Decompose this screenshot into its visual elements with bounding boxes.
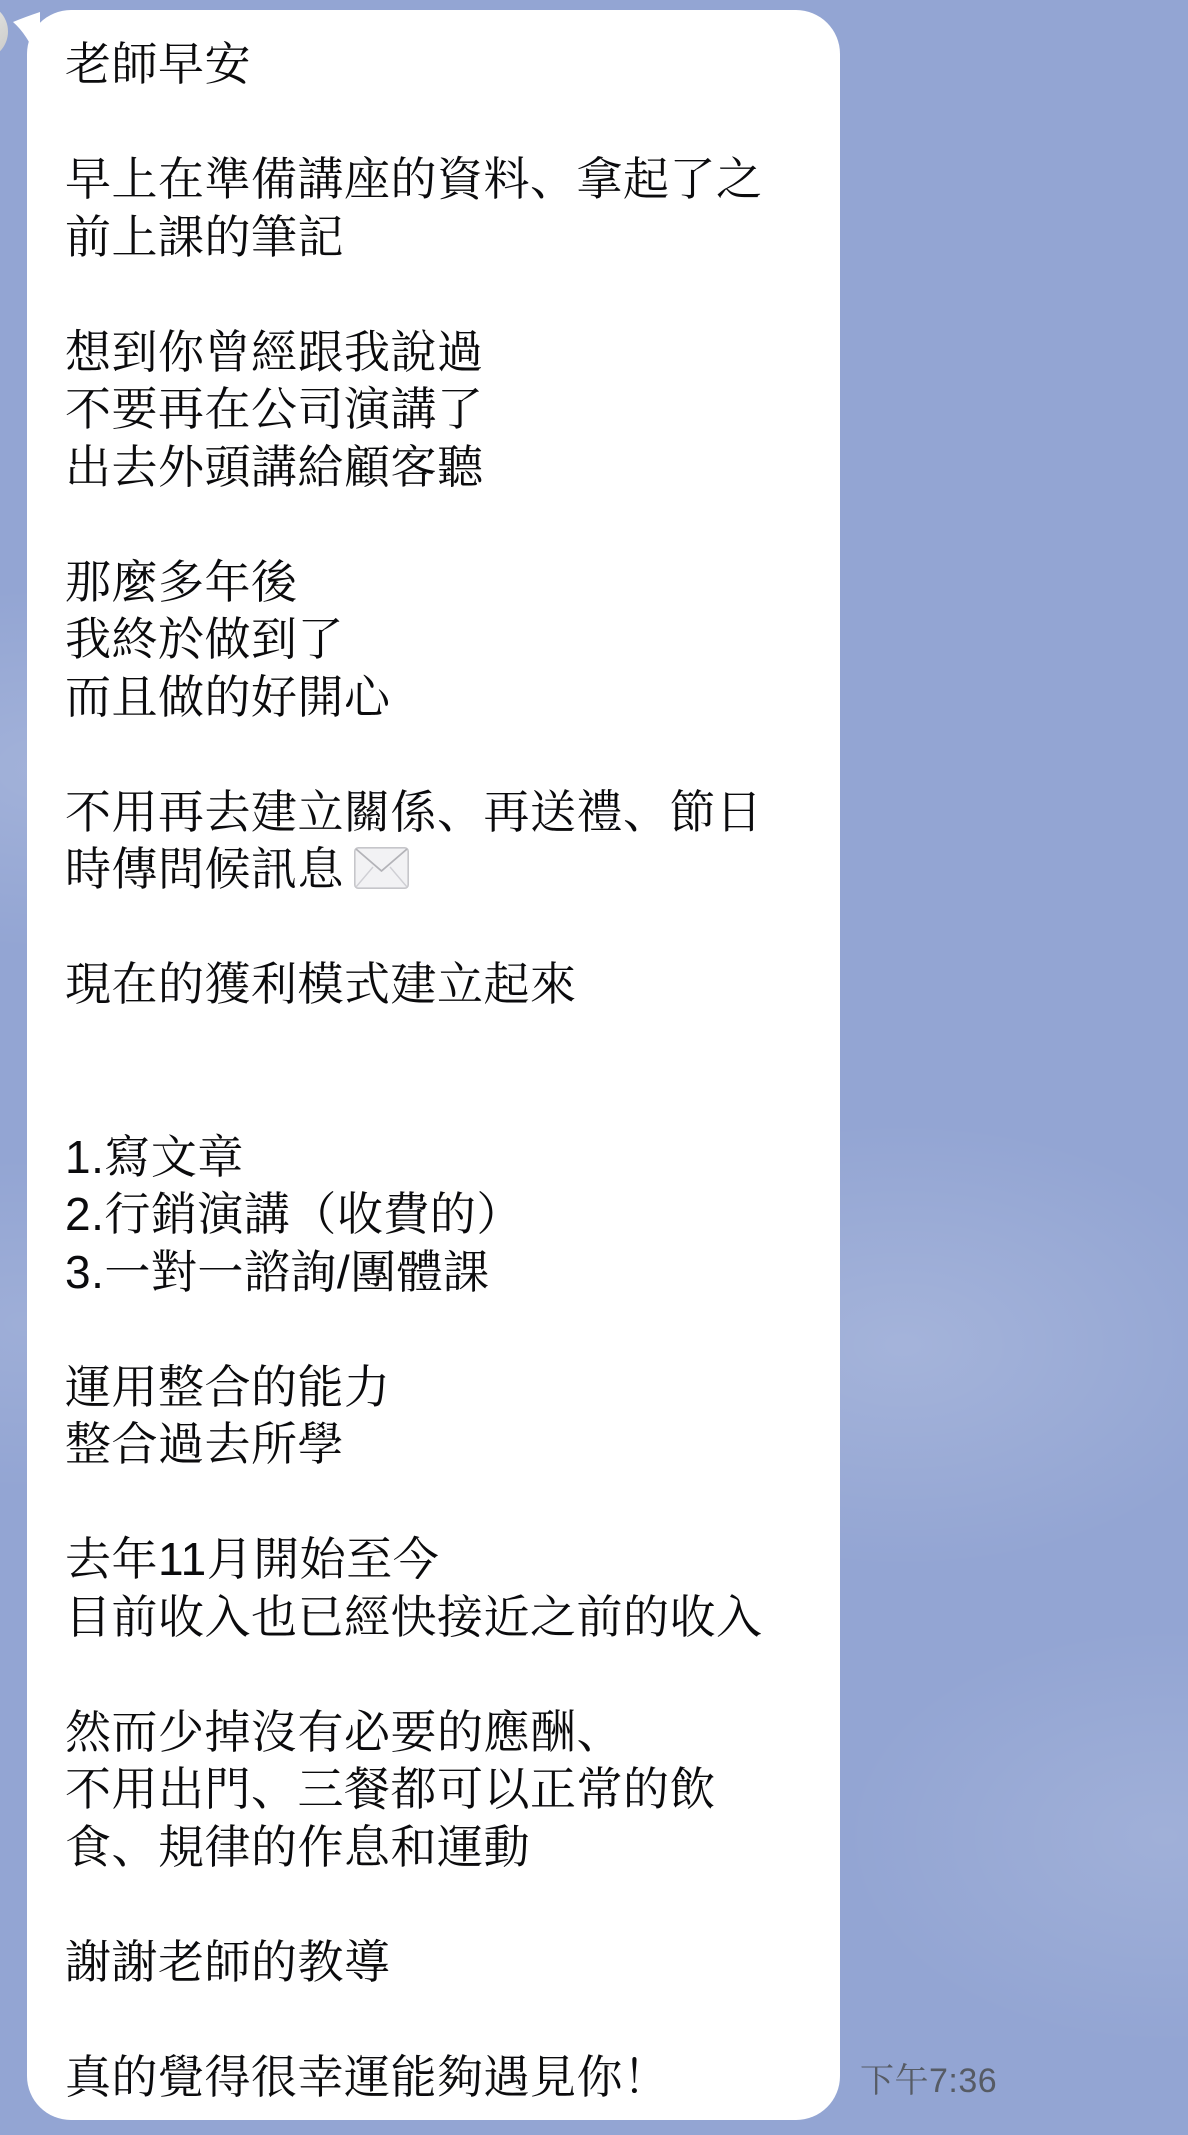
message-line — [65, 726, 806, 784]
message-line — [65, 1014, 806, 1072]
message-line: 真的覺得很幸運能夠遇見你！ — [65, 2049, 806, 2107]
message-line — [65, 266, 806, 324]
message-line — [65, 1646, 806, 1704]
message-line: 謝謝老師的教導 — [65, 1934, 806, 1992]
message-line — [65, 1474, 806, 1532]
message-line: 整合過去所學 — [65, 1416, 806, 1474]
message-line: 2.行銷演講（收費的） — [65, 1186, 806, 1244]
message-line — [65, 496, 806, 554]
message-line — [65, 899, 806, 957]
message-line: 老師早安 — [65, 36, 806, 94]
message-line — [65, 1071, 806, 1129]
message-line: 1.寫文章 — [65, 1129, 806, 1187]
message-line: 那麼多年後 — [65, 554, 806, 612]
message-line: 現在的獲利模式建立起來 — [65, 956, 806, 1014]
message-line: 目前收入也已經快接近之前的收入 — [65, 1589, 806, 1647]
bubble-tail — [10, 12, 40, 60]
envelope-icon — [354, 847, 409, 889]
avatar[interactable] — [0, 3, 8, 60]
message-line: 不要再在公司演講了 — [65, 381, 806, 439]
message-line: 然而少掉沒有必要的應酬、 — [65, 1704, 806, 1762]
message-line: 前上課的筆記 — [65, 209, 806, 267]
message-line: 運用整合的能力 — [65, 1359, 806, 1417]
message-line — [65, 1991, 806, 2049]
message-line: 早上在準備講座的資料、拿起了之 — [65, 151, 806, 209]
incoming-message-bubble[interactable]: 老師早安早上在準備講座的資料、拿起了之前上課的筆記想到你曾經跟我說過不要再在公司… — [27, 10, 840, 2120]
message-line: 時傳問候訊息 — [65, 841, 806, 899]
chat-background: 老師早安早上在準備講座的資料、拿起了之前上課的筆記想到你曾經跟我說過不要再在公司… — [0, 0, 1188, 2135]
message-timestamp: 下午7:36 — [860, 2060, 997, 2102]
message-line — [65, 1876, 806, 1934]
message-line: 3.一對一諮詢/團體課 — [65, 1244, 806, 1302]
message-line: 而且做的好開心 — [65, 669, 806, 727]
message-line: 我終於做到了 — [65, 611, 806, 669]
message-line: 出去外頭講給顧客聽 — [65, 439, 806, 497]
message-line: 不用出門、三餐都可以正常的飲 — [65, 1761, 806, 1819]
message-line: 去年11月開始至今 — [65, 1531, 806, 1589]
message-line — [65, 94, 806, 152]
message-line: 不用再去建立關係、再送禮、節日 — [65, 784, 806, 842]
message-line — [65, 1301, 806, 1359]
message-line: 食、規律的作息和運動 — [65, 1819, 806, 1877]
message-text: 老師早安早上在準備講座的資料、拿起了之前上課的筆記想到你曾經跟我說過不要再在公司… — [65, 36, 806, 2106]
message-line: 想到你曾經跟我說過 — [65, 324, 806, 382]
